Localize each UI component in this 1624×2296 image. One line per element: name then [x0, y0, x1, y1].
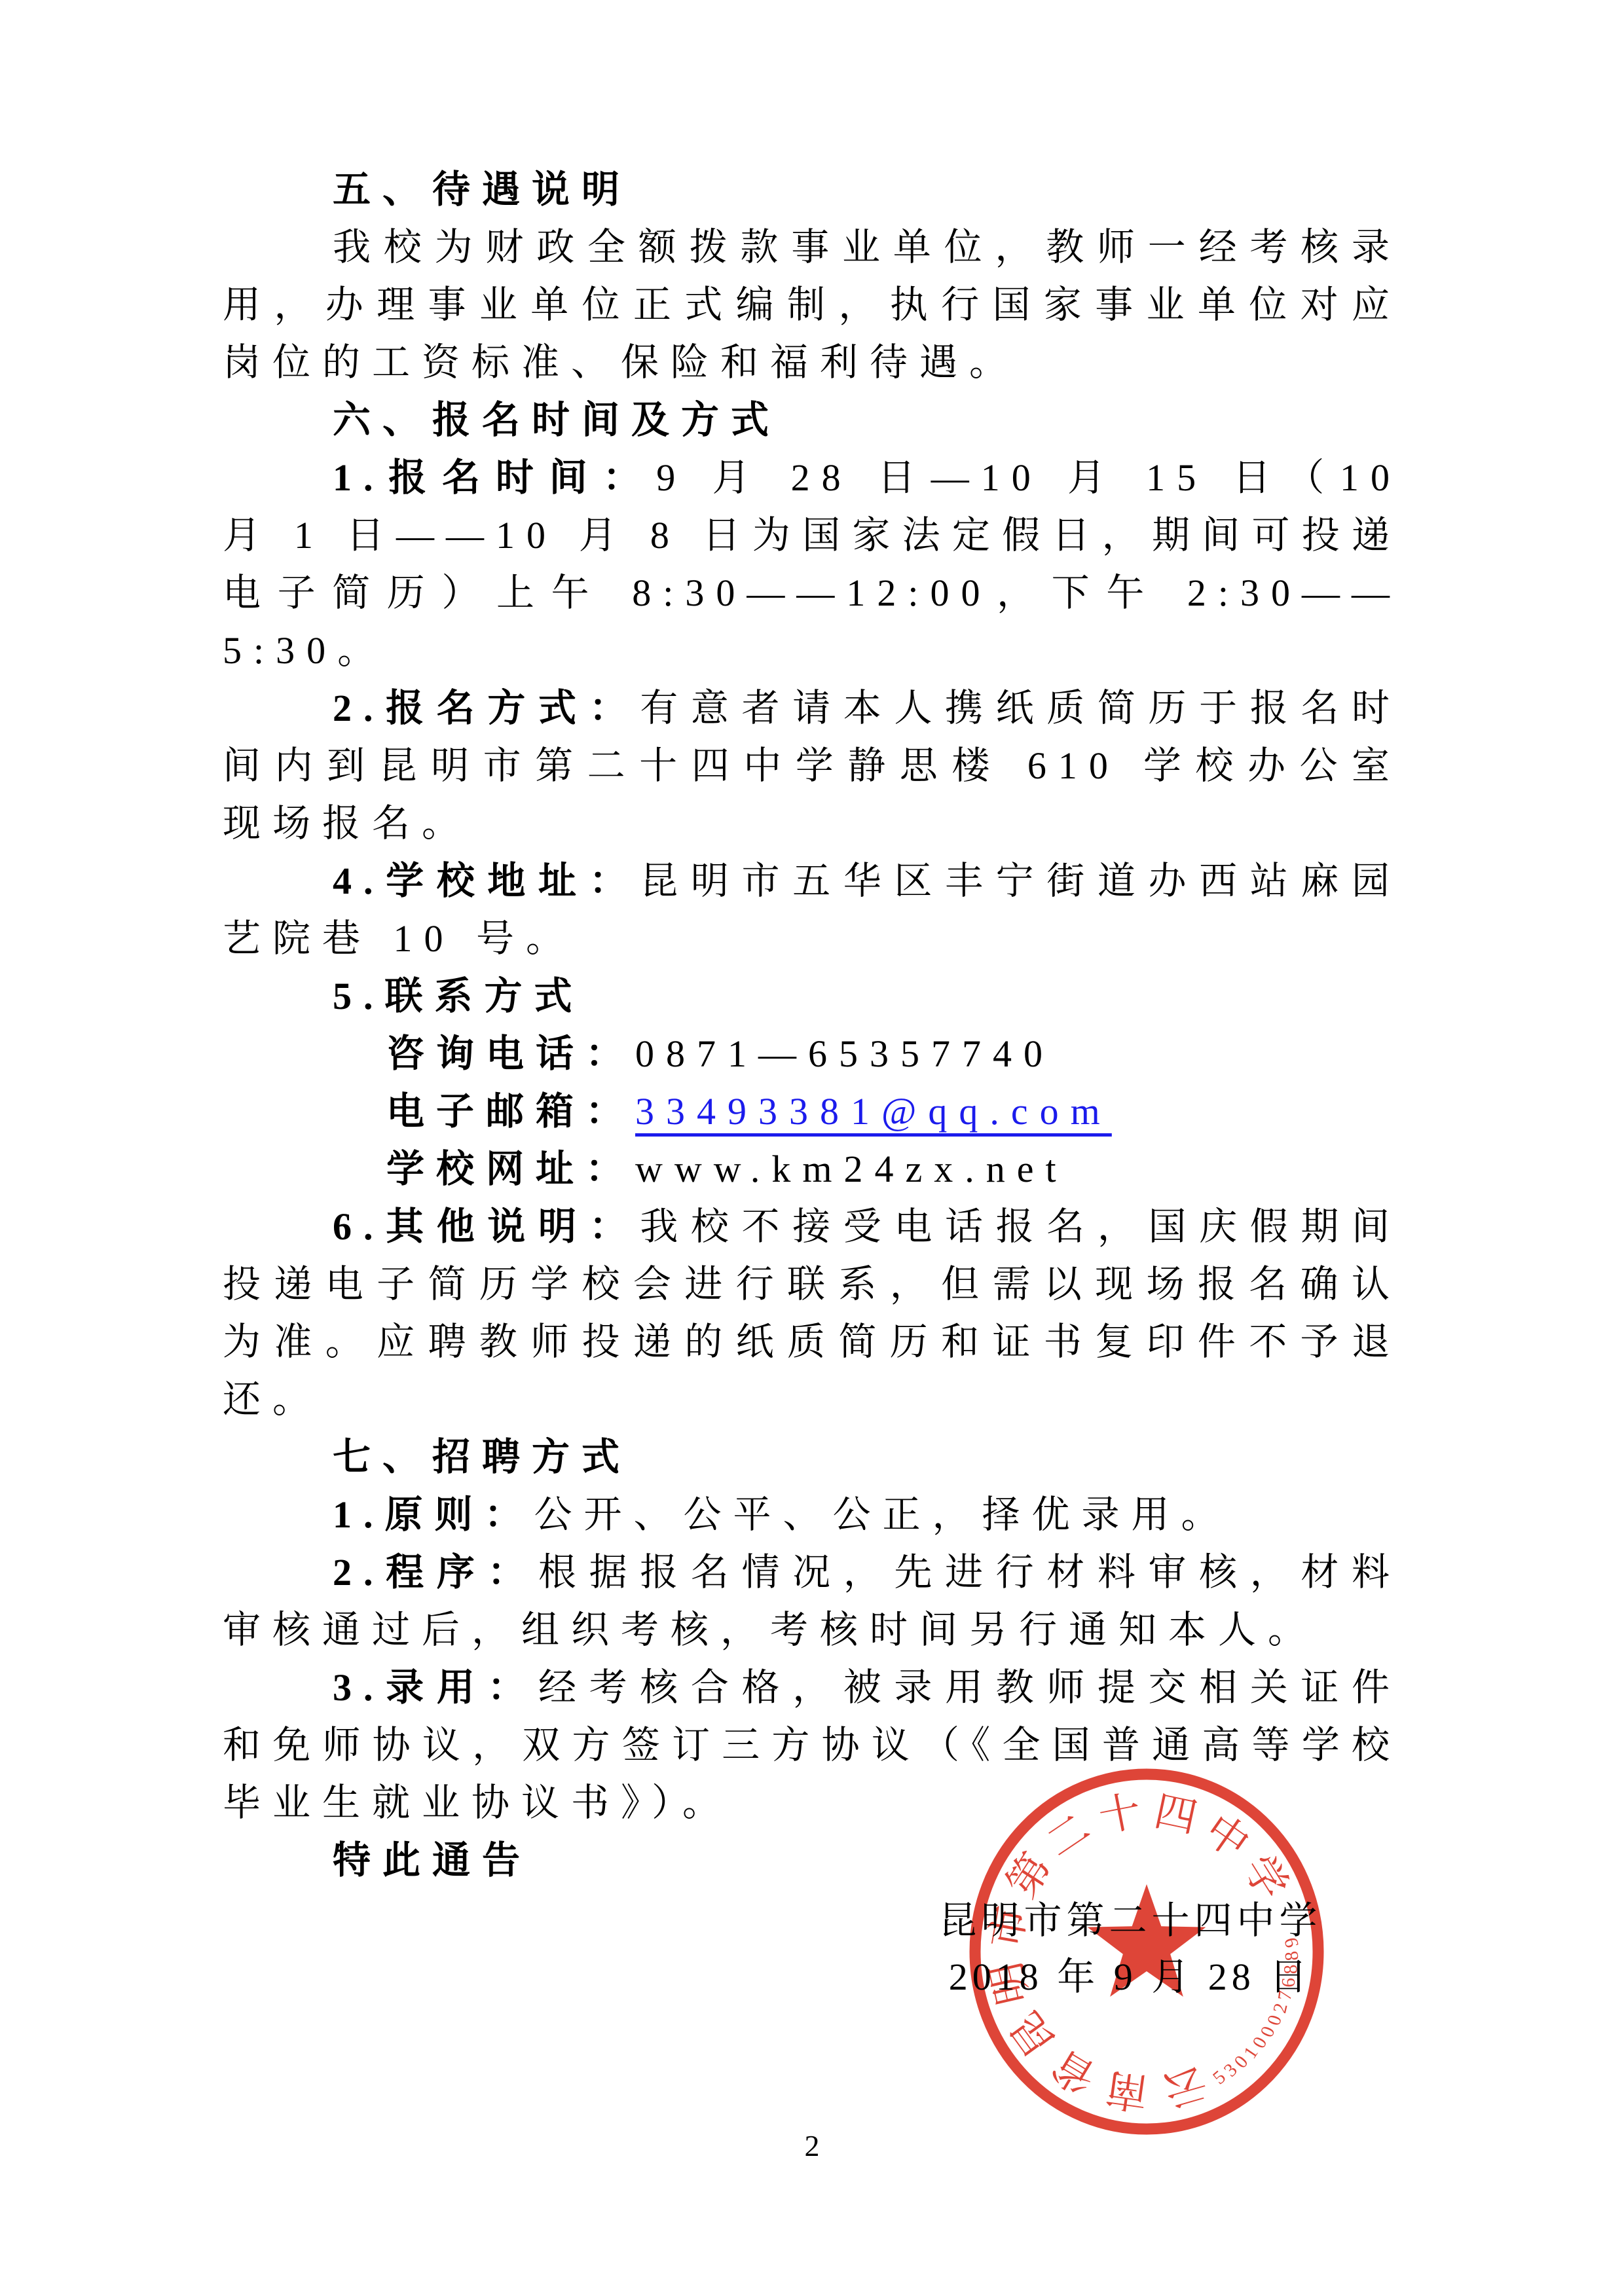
- seal-ring-char: 云: [1158, 2058, 1211, 2115]
- signature-date: 2018 年 9 月 28 日: [929, 1949, 1332, 2005]
- paragraph: 2.报名方式：有意者请本人携纸质简历于报名时间内到昆明市第二十四中学静思楼 61…: [223, 680, 1401, 852]
- paragraph: 我校为财政全额拨款事业单位，教师一经考核录用，办理事业单位正式编制，执行国家事业…: [223, 219, 1401, 392]
- seal-ring-char: 十: [1095, 1787, 1145, 1841]
- seal-ring-char: 四: [1151, 1787, 1201, 1842]
- email-link[interactable]: 33493381@qq.com: [635, 1090, 1112, 1133]
- seal-ring-char: 南: [1103, 2064, 1151, 2116]
- item-label: 咨询电话：: [386, 1032, 635, 1075]
- item-label: 电子邮箱：: [386, 1090, 635, 1133]
- contact-line: 学校网址：www.km24zx.net: [223, 1140, 1401, 1198]
- section-heading: 六、报名时间及方式: [223, 392, 1401, 449]
- document-page: 五、待遇说明我校为财政全额拨款事业单位，教师一经考核录用，办理事业单位正式编制，…: [0, 0, 1624, 2296]
- signature-school-name: 昆明市第二十四中学: [929, 1893, 1332, 1949]
- paragraph: 1.报名时间：9 月 28 日—10 月 15 日（10 月 1 日——10 月…: [223, 449, 1401, 680]
- item-label: 学校网址：: [386, 1148, 635, 1190]
- seal-ring-char: 省: [1044, 2041, 1104, 2102]
- item-label: 1.报名时间：: [333, 456, 656, 499]
- item-label: 2.报名方式：: [333, 687, 640, 729]
- paragraph: 2.程序：根据报名情况，先进行材料审核，材料审核通过后，组织考核，考核时间另行通…: [223, 1544, 1401, 1659]
- item-label: 6.其他说明：: [333, 1205, 640, 1248]
- item-label: 1.原则：: [333, 1493, 534, 1536]
- item-label: 3.录用：: [333, 1666, 538, 1709]
- paragraph: 5.联系方式: [223, 968, 1401, 1025]
- paragraph: 6.其他说明：我校不接受电话报名，国庆假期间投递电子简历学校会进行联系，但需以现…: [223, 1198, 1401, 1429]
- paragraph: 4.学校地址：昆明市五华区丰宁街道办西站麻园艺院巷 10 号。: [223, 852, 1401, 968]
- signature-block: 昆明市第二十四中学 2018 年 9 月 28 日: [929, 1893, 1332, 2005]
- section-heading: 五、待遇说明: [223, 161, 1401, 219]
- item-label: 2.程序：: [333, 1551, 538, 1594]
- page-number: 2: [0, 2126, 1624, 2166]
- section-heading: 七、招聘方式: [223, 1429, 1401, 1486]
- item-label: 5.联系方式: [333, 975, 584, 1017]
- contact-line: 电子邮箱：33493381@qq.com: [223, 1083, 1401, 1140]
- paragraph: 1.原则：公开、公平、公正，择优录用。: [223, 1486, 1401, 1544]
- document-content: 五、待遇说明我校为财政全额拨款事业单位，教师一经考核录用，办理事业单位正式编制，…: [223, 161, 1401, 1889]
- contact-line: 咨询电话：0871—65357740: [223, 1025, 1401, 1083]
- item-label: 4.学校地址：: [333, 860, 640, 902]
- seal-serial-digit: 0: [1263, 2013, 1286, 2028]
